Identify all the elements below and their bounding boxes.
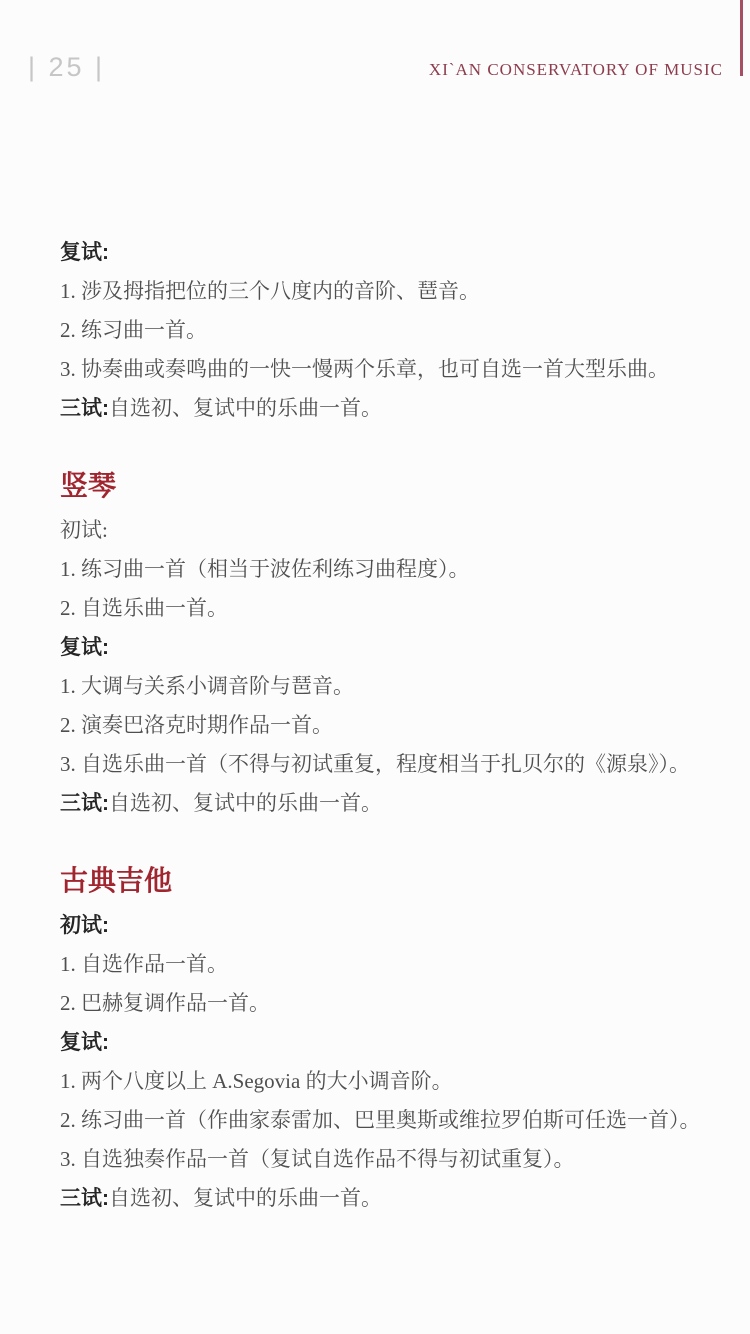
- exam-line-text: 3. 自选独奏作品一首（复试自选作品不得与初试重复）。: [60, 1147, 575, 1171]
- exam-line: 三试:自选初、复试中的乐曲一首。: [60, 389, 725, 428]
- exam-line: 2. 演奏巴洛克时期作品一首。: [60, 706, 725, 745]
- section-heading-harp: 竖琴: [60, 468, 725, 503]
- section-continued-exam: 复试: 1. 涉及拇指把位的三个八度内的音阶、琶音。 2. 练习曲一首。 3. …: [60, 233, 725, 428]
- brand-text: XI`AN CONSERVATORY OF MUSIC: [429, 60, 723, 80]
- section-classical-guitar: 古典吉他 初试: 1. 自选作品一首。 2. 巴赫复调作品一首。 复试: 1. …: [60, 863, 725, 1218]
- exam-line: 初试:: [60, 511, 725, 550]
- exam-line-text: 2. 练习曲一首（作曲家泰雷加、巴里奥斯或维拉罗伯斯可任选一首）。: [60, 1108, 701, 1132]
- exam-line-text: 自选初、复试中的乐曲一首。: [109, 1186, 382, 1210]
- exam-line: 3. 自选乐曲一首（不得与初试重复，程度相当于扎贝尔的《源泉》）。: [60, 745, 725, 784]
- exam-line-text: 1. 大调与关系小调音阶与琶音。: [60, 674, 354, 698]
- exam-line-text: 1. 自选作品一首。: [60, 952, 228, 976]
- exam-line: 复试:: [60, 233, 725, 272]
- exam-line-text: 自选初、复试中的乐曲一首。: [109, 396, 382, 420]
- section-harp: 竖琴 初试: 1. 练习曲一首（相当于波佐利练习曲程度）。 2. 自选乐曲一首。…: [60, 468, 725, 823]
- exam-line: 1. 涉及拇指把位的三个八度内的音阶、琶音。: [60, 272, 725, 311]
- exam-line: 1. 练习曲一首（相当于波佐利练习曲程度）。: [60, 550, 725, 589]
- corner-accent-bar: [740, 0, 743, 76]
- exam-line: 复试:: [60, 1023, 725, 1062]
- exam-line: 三试:自选初、复试中的乐曲一首。: [60, 784, 725, 823]
- exam-line: 2. 自选乐曲一首。: [60, 589, 725, 628]
- page: | 25 | XI`AN CONSERVATORY OF MUSIC 复试: 1…: [0, 0, 750, 1334]
- exam-line: 复试:: [60, 628, 725, 667]
- exam-line-text: 3. 自选乐曲一首（不得与初试重复，程度相当于扎贝尔的《源泉》）。: [60, 752, 690, 776]
- exam-line-text: 2. 自选乐曲一首。: [60, 596, 228, 620]
- exam-line: 三试:自选初、复试中的乐曲一首。: [60, 1179, 725, 1218]
- page-number: | 25 |: [28, 52, 105, 83]
- exam-line: 2. 练习曲一首。: [60, 311, 725, 350]
- exam-line: 3. 协奏曲或奏鸣曲的一快一慢两个乐章，也可自选一首大型乐曲。: [60, 350, 725, 389]
- exam-line-text: 3. 协奏曲或奏鸣曲的一快一慢两个乐章，也可自选一首大型乐曲。: [60, 357, 669, 381]
- exam-stage-label: 复试:: [60, 1031, 109, 1054]
- exam-line-text: 自选初、复试中的乐曲一首。: [109, 791, 382, 815]
- exam-stage-label: 三试:: [60, 1187, 109, 1210]
- exam-line: 2. 练习曲一首（作曲家泰雷加、巴里奥斯或维拉罗伯斯可任选一首）。: [60, 1101, 725, 1140]
- exam-line-text: 2. 演奏巴洛克时期作品一首。: [60, 713, 333, 737]
- exam-line: 1. 大调与关系小调音阶与琶音。: [60, 667, 725, 706]
- exam-stage-label: 三试:: [60, 397, 109, 420]
- exam-line: 3. 自选独奏作品一首（复试自选作品不得与初试重复）。: [60, 1140, 725, 1179]
- exam-line-text: 初试:: [60, 518, 108, 542]
- exam-line-text: 1. 涉及拇指把位的三个八度内的音阶、琶音。: [60, 279, 480, 303]
- exam-line: 初试:: [60, 906, 725, 945]
- exam-line-text: 1. 练习曲一首（相当于波佐利练习曲程度）。: [60, 557, 470, 581]
- exam-line-text: 2. 练习曲一首。: [60, 318, 207, 342]
- exam-line-text: 1. 两个八度以上 A.Segovia 的大小调音阶。: [60, 1069, 453, 1093]
- exam-line: 2. 巴赫复调作品一首。: [60, 984, 725, 1023]
- document-body: 复试: 1. 涉及拇指把位的三个八度内的音阶、琶音。 2. 练习曲一首。 3. …: [60, 233, 725, 1218]
- exam-stage-label: 复试:: [60, 241, 109, 264]
- exam-line: 1. 两个八度以上 A.Segovia 的大小调音阶。: [60, 1062, 725, 1101]
- exam-stage-label: 复试:: [60, 636, 109, 659]
- exam-line: 1. 自选作品一首。: [60, 945, 725, 984]
- exam-line-text: 2. 巴赫复调作品一首。: [60, 991, 270, 1015]
- section-heading-classical-guitar: 古典吉他: [60, 863, 725, 898]
- exam-stage-label: 三试:: [60, 792, 109, 815]
- exam-stage-label: 初试:: [60, 914, 109, 937]
